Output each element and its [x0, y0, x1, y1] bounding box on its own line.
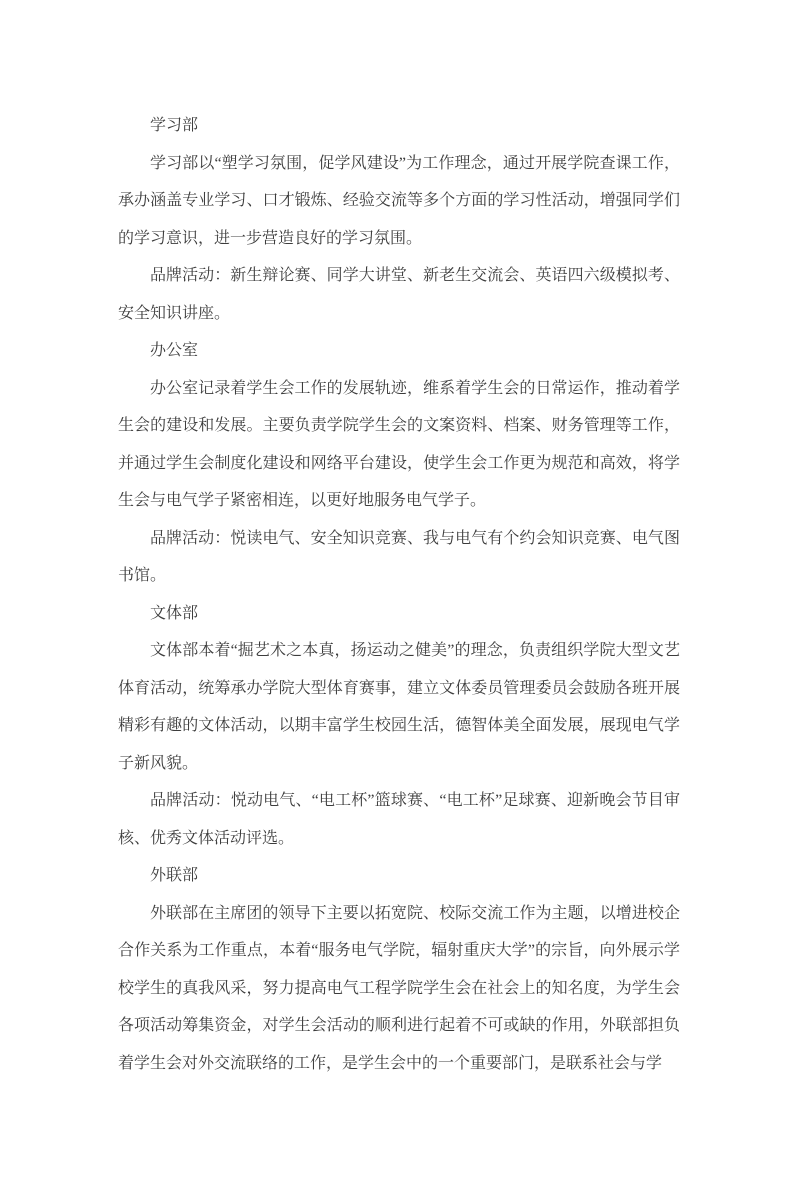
section-brand-activities: 品牌活动：新生辩论赛、同学大讲堂、新老生交流会、英语四六级模拟考、安全知识讲座。 [118, 257, 680, 332]
section-description: 学习部以“塑学习氛围，促学风建设”为工作理念，通过开展学院查课工作，承办涵盖专业… [118, 145, 680, 258]
section-heading: 文体部 [118, 595, 680, 633]
section-culture-sports-department: 文体部 文体部本着“掘艺术之本真，扬运动之健美”的理念，负责组织学院大型文艺体育… [118, 595, 680, 858]
section-description: 办公室记录着学生会工作的发展轨迹，维系着学生会的日常运作，推动着学生会的建设和发… [118, 370, 680, 520]
section-description: 文体部本着“掘艺术之本真，扬运动之健美”的理念，负责组织学院大型文艺体育活动，统… [118, 632, 680, 782]
document-page: 学习部 学习部以“塑学习氛围，促学风建设”为工作理念，通过开展学院查课工作，承办… [0, 0, 800, 1200]
document-text-block: 学习部 学习部以“塑学习氛围，促学风建设”为工作理念，通过开展学院查课工作，承办… [118, 107, 680, 1082]
section-study-department: 学习部 学习部以“塑学习氛围，促学风建设”为工作理念，通过开展学院查课工作，承办… [118, 107, 680, 332]
section-heading: 学习部 [118, 107, 680, 145]
section-heading: 外联部 [118, 857, 680, 895]
section-office: 办公室 办公室记录着学生会工作的发展轨迹，维系着学生会的日常运作，推动着学生会的… [118, 332, 680, 595]
section-description: 外联部在主席团的领导下主要以拓宽院、校际交流工作为主题，以增进校企合作关系为工作… [118, 895, 680, 1083]
section-brand-activities: 品牌活动：悦动电气、“电工杯”篮球赛、“电工杯”足球赛、迎新晚会节目审核、优秀文… [118, 782, 680, 857]
section-external-relations-department: 外联部 外联部在主席团的领导下主要以拓宽院、校际交流工作为主题，以增进校企合作关… [118, 857, 680, 1082]
section-brand-activities: 品牌活动：悦读电气、安全知识竞赛、我与电气有个约会知识竞赛、电气图书馆。 [118, 520, 680, 595]
section-heading: 办公室 [118, 332, 680, 370]
